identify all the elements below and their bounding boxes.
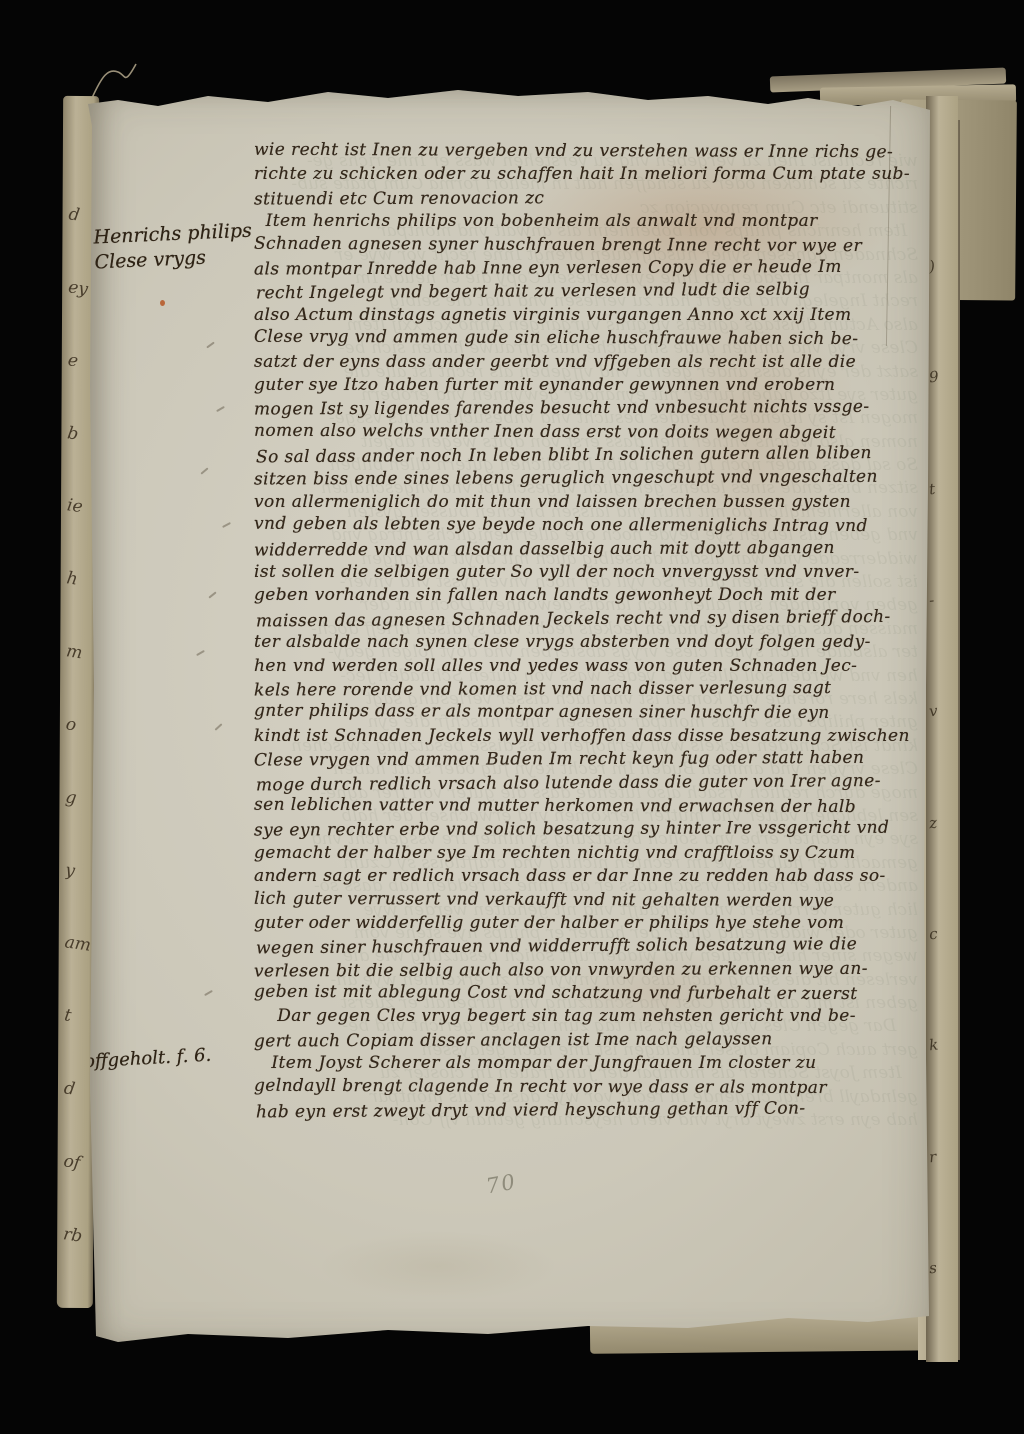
manuscript-line: gemacht der halber sye Im rechten nichti… (254, 842, 922, 865)
next-page-edge: )9t-vzckrs (926, 96, 958, 1362)
edge-fragment: g (64, 787, 93, 811)
edge-fragment: ey (67, 277, 95, 301)
manuscript-line: Clese vryg vnd ammen gude sin eliche hus… (254, 326, 922, 352)
manuscript-line: maissen das agnesen Schnaden Jeckels rec… (256, 605, 924, 633)
edge-fragment: - (929, 589, 955, 610)
edge-fragment: d (63, 1078, 91, 1102)
manuscript-line: lich guter verrussert vnd verkaufft vnd … (254, 887, 922, 913)
manuscript-photograph: deyebiehmogyamtdofrb )9t-vzckrs wie rech… (0, 0, 1024, 1434)
edge-fragment: ) (929, 256, 955, 275)
margin-note-case-heading: Henrichs philips Clese vrygs (93, 219, 253, 276)
edge-fragment: h (65, 568, 94, 592)
edge-fragment: y (64, 860, 93, 884)
manuscript-line: geben vorhanden sin fallen nach landts g… (254, 584, 922, 607)
edge-fragment: z (929, 811, 955, 832)
manuscript-text-block: wie recht ist Inen zu vergeben vnd zu ve… (254, 140, 922, 1122)
edge-fragment: rb (63, 1224, 90, 1246)
manuscript-line: satzt der eyns dass ander geerbt vnd vff… (254, 351, 922, 374)
edge-fragment: k (929, 1034, 955, 1055)
manuscript-line: sitzen biss ende sines lebens geruglich … (254, 466, 922, 492)
edge-fragment: r (929, 1145, 955, 1166)
manuscript-line: hen vnd werden soll alles vnd yedes wass… (254, 655, 922, 678)
manuscript-line: moge durch redlich vrsach also lutende d… (256, 769, 924, 797)
manuscript-line: ist sollen die selbigen guter So vyll de… (254, 561, 922, 584)
edge-fragment: o (65, 714, 94, 738)
manuscript-line: vnd geben als lebten sye beyde noch one … (254, 513, 922, 539)
manuscript-line: hab eyn erst zweyt dryt vnd vierd heysch… (256, 1097, 924, 1125)
manuscript-line: Clese vrygen vnd ammen Buden Im recht ke… (254, 747, 922, 773)
manuscript-line: Schnaden agnesen syner huschfrauen breng… (254, 232, 922, 258)
manuscript-line: kindt ist Schnaden Jeckels wyll verhoffe… (254, 725, 922, 748)
edge-fragment: s (929, 1257, 955, 1276)
edge-fragment: 9 (929, 366, 955, 387)
manuscript-line: recht Ingelegt vnd begert hait zu verles… (256, 278, 924, 306)
manuscript-line: stituendi etc Cum renovacion zc (254, 185, 922, 211)
edge-fragment: t (63, 1006, 92, 1030)
manuscript-line: guter oder widderfellig guter der halber… (254, 912, 922, 935)
edge-fragment: m (65, 641, 94, 665)
manuscript-line: wegen siner huschfrauen vnd widderrufft … (256, 933, 924, 961)
manuscript-line: gnter philips dass er als montpar agnese… (254, 700, 922, 726)
manuscript-line: von allermeniglich do mit thun vnd laiss… (254, 491, 922, 514)
manuscript-line: Item Joyst Scherer als mompar der Jungfr… (254, 1052, 922, 1075)
previous-page-text-fragments: deyebiehmogyamtdofrb (63, 206, 94, 1246)
manuscript-line: also Actum dinstags agnetis virginis vur… (254, 304, 922, 327)
edge-fragment: am (63, 933, 92, 957)
edge-fragment: of (63, 1151, 91, 1175)
next-page-text-fragments: )9t-vzckrs (929, 256, 955, 1276)
edge-fragment: v (929, 700, 955, 721)
edge-fragment: b (66, 423, 95, 447)
ink-fleck (160, 300, 165, 306)
manuscript-line: verlesen bit die selbig auch also von vn… (254, 957, 922, 983)
manuscript-line: Dar gegen Cles vryg begert sin tag zum n… (254, 1005, 922, 1028)
manuscript-line: kels here rorende vnd komen ist vnd nach… (254, 677, 922, 703)
manuscript-line: andern sagt er redlich vrsach dass er da… (254, 865, 922, 888)
manuscript-line: wie recht ist Inen zu vergeben vnd zu ve… (254, 139, 922, 165)
manuscript-line: ter alsbalde nach synen clese vrygs abst… (254, 631, 922, 654)
edge-fragment: ie (66, 496, 95, 520)
manuscript-page: wie recht ist Inen zu vergeben vnd zu ve… (88, 86, 930, 1350)
manuscript-line: sen leblichen vatter vnd mutter herkomen… (254, 794, 922, 820)
edge-fragment: d (67, 206, 94, 228)
manuscript-line: guter sye Itzo haben furter mit eynander… (254, 374, 922, 397)
manuscript-line: mogen Ist sy ligendes farendes besucht v… (254, 396, 922, 422)
manuscript-line: widderredde vnd wan alsdan dasselbig auc… (254, 536, 922, 562)
manuscript-line: richte zu schicken oder zu schaffen hait… (254, 163, 922, 186)
manuscript-line: gert auch Copiam disser anclagen ist Ime… (254, 1027, 922, 1053)
manuscript-line: Item henrichs philips von bobenheim als … (254, 210, 922, 233)
folio-number-pencil: 70 (484, 1170, 518, 1199)
manuscript-line: geben ist mit ablegung Cost vnd schatzun… (254, 981, 922, 1007)
manuscript-line: sye eyn rechter erbe vnd solich besatzun… (254, 817, 922, 843)
edge-fragment: t (929, 477, 955, 498)
edge-fragment: c (929, 923, 955, 944)
